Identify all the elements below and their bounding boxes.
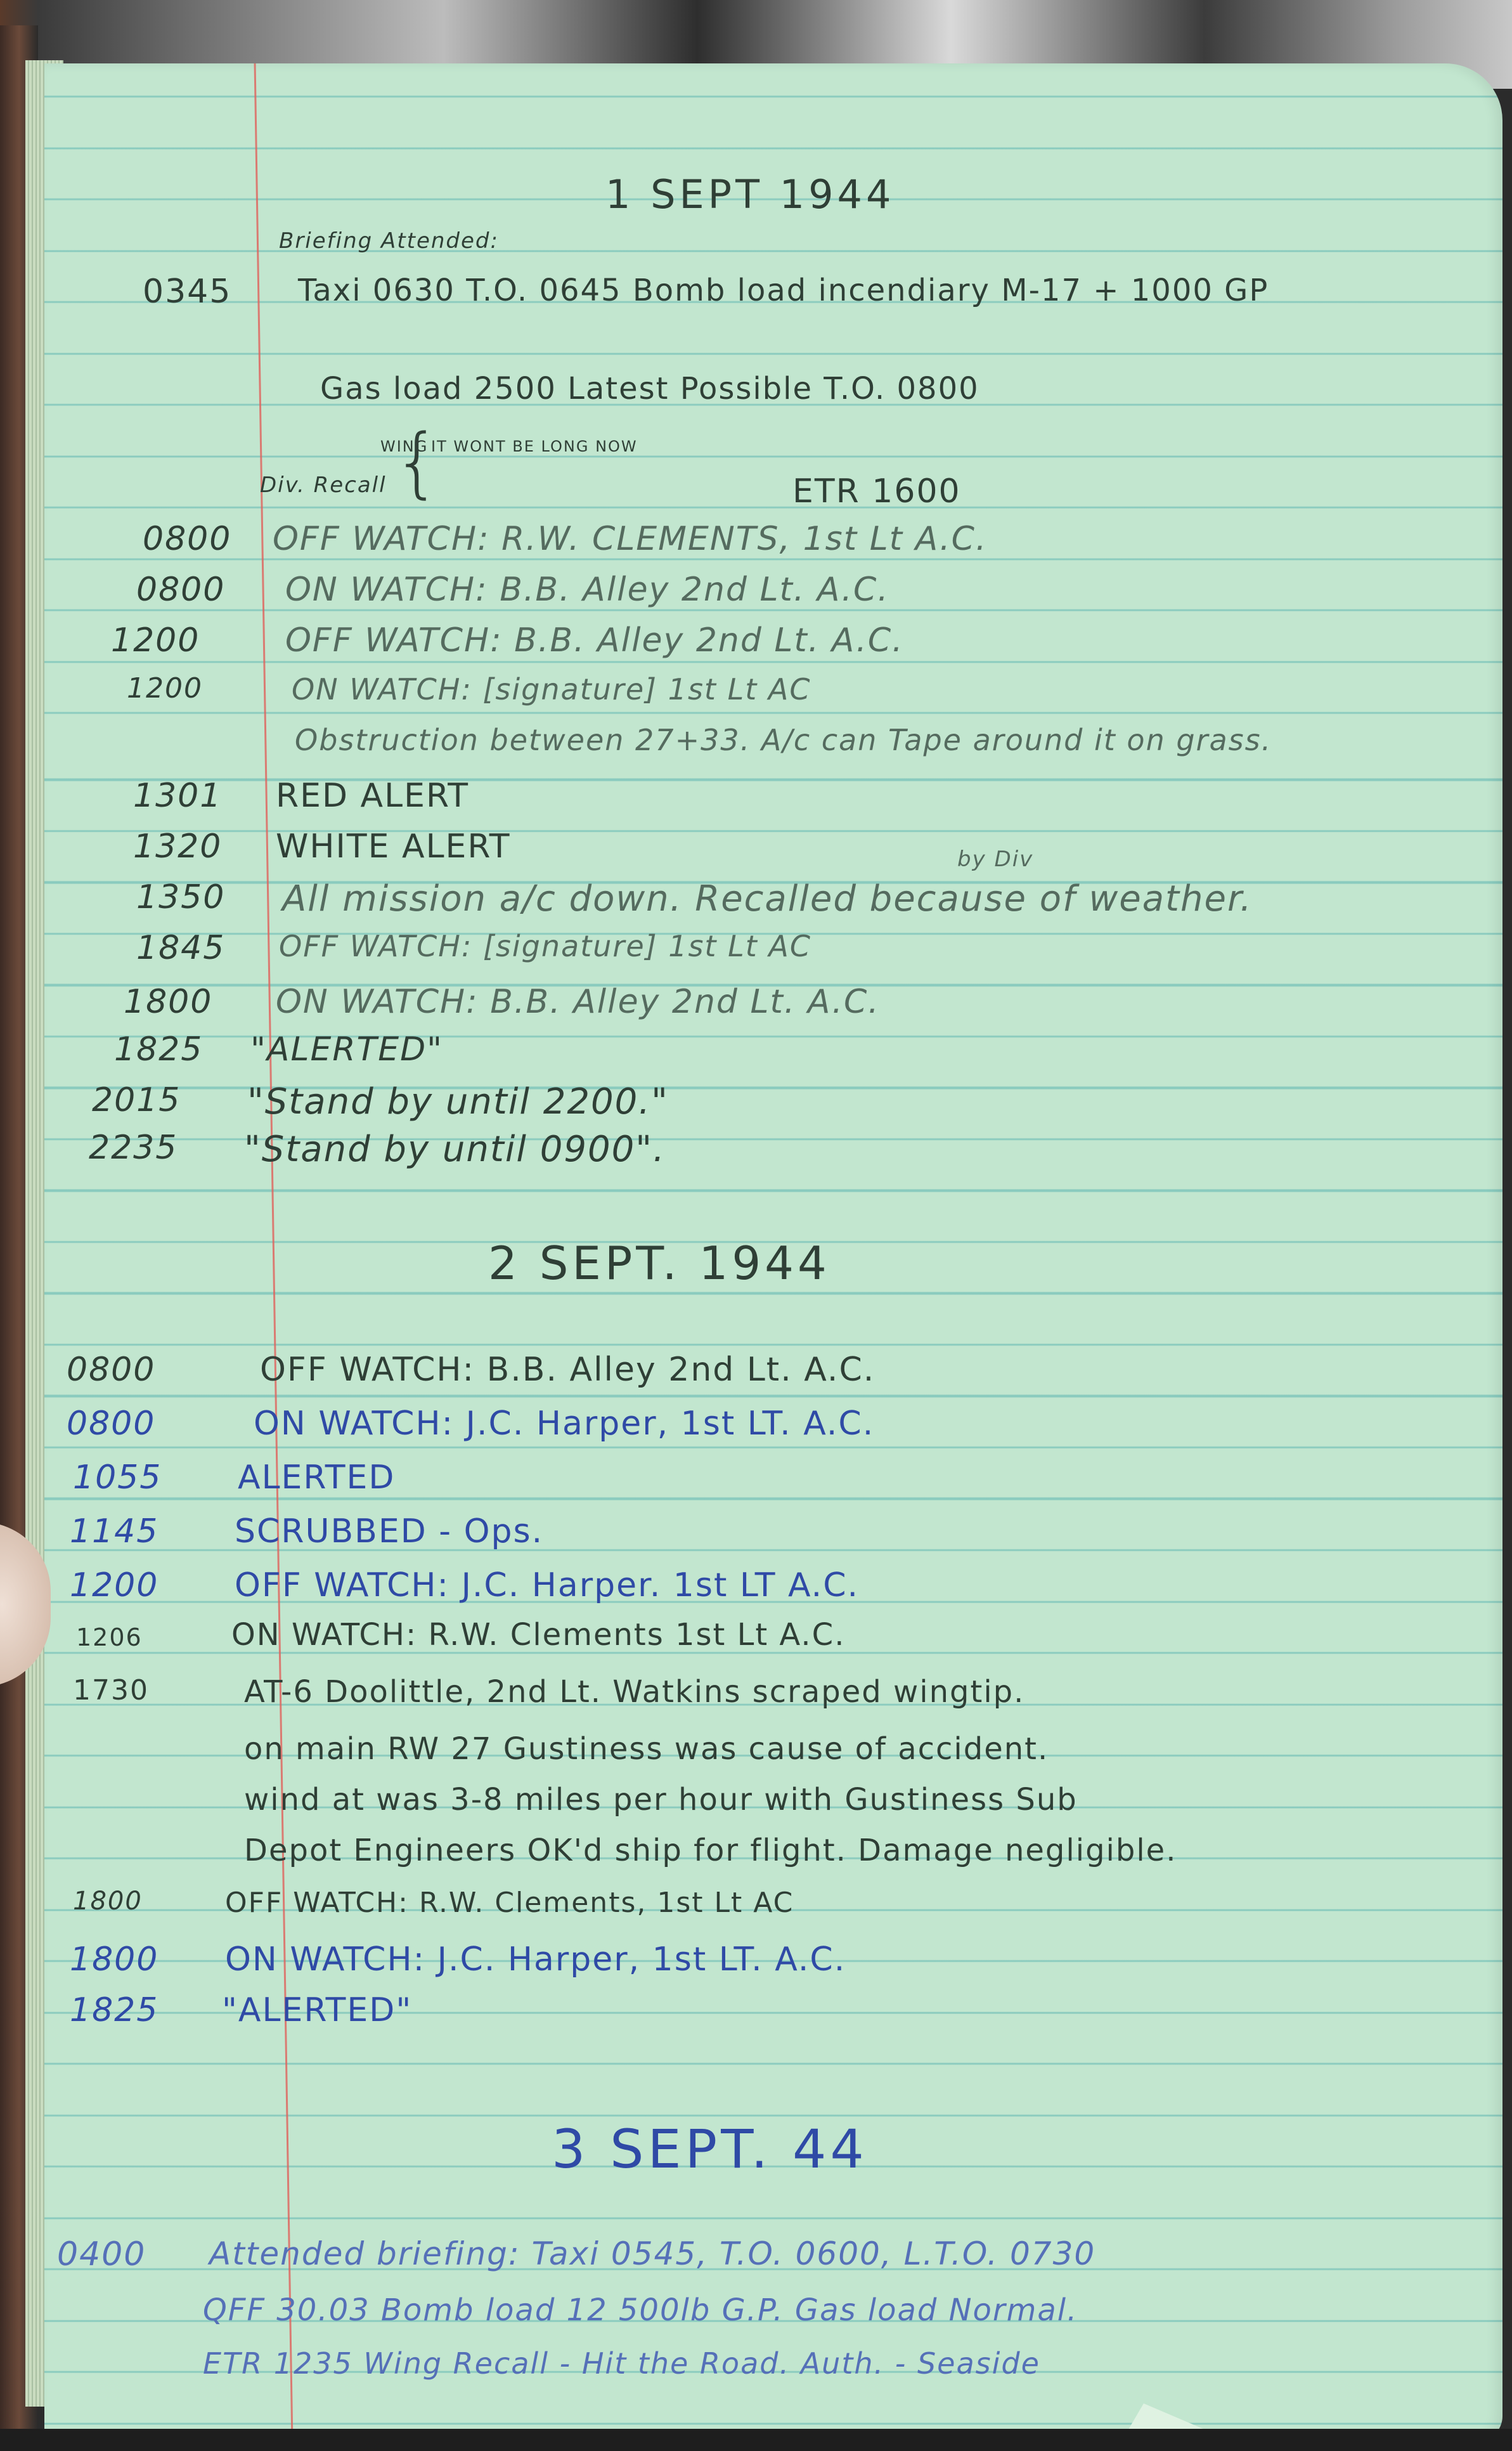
entry-time: 1825: [70, 1991, 158, 2029]
entry-time: 1200: [127, 672, 203, 705]
entry-time: 1800: [73, 1887, 143, 1916]
entry-text: Gas load 2500 Latest Possible T.O. 0800: [320, 371, 979, 406]
entry-text: OFF WATCH: R.W. Clements, 1st Lt AC: [225, 1887, 794, 1919]
entry-text: Depot Engineers OK'd ship for flight. Da…: [244, 1833, 1177, 1868]
entry-time: 1800: [124, 983, 212, 1021]
entry-time: 0345: [143, 273, 231, 311]
entry-time: 1206: [76, 1623, 143, 1651]
entry-text: OFF WATCH: [signature] 1st Lt AC: [279, 929, 811, 963]
entry-text: Attended briefing: Taxi 0545, T.O. 0600,…: [209, 2235, 1095, 2272]
background-bottom: [0, 2429, 1512, 2451]
entry-time: 1200: [70, 1566, 158, 1604]
entry-time: 1845: [136, 929, 225, 967]
entry-time: 0800: [143, 520, 231, 558]
entry-time: 0800: [67, 1351, 155, 1389]
entry-time: 1145: [70, 1512, 158, 1551]
entry-text: on main RW 27 Gustiness was cause of acc…: [244, 1731, 1049, 1767]
entry-text: QFF 30.03 Bomb load 12 500lb G.P. Gas lo…: [203, 2292, 1078, 2328]
entry-text: AT-6 Doolittle, 2nd Lt. Watkins scraped …: [244, 1674, 1024, 1710]
entry-time: 1200: [111, 621, 200, 660]
entry-text: wind at was 3-8 miles per hour with Gust…: [244, 1782, 1078, 1817]
entry-text: ETR 1235 Wing Recall - Hit the Road. Aut…: [203, 2346, 1040, 2381]
entry-annotation: by Div: [957, 847, 1033, 872]
section-date-2: 2 SEPT. 1944: [488, 1237, 830, 1290]
entry-time: 1301: [133, 777, 222, 815]
entry-text: ON WATCH: J.C. Harper, 1st LT. A.C.: [225, 1941, 846, 1979]
entry-time: 2235: [89, 1129, 178, 1167]
entry-text: "ALERTED": [222, 1991, 412, 2029]
entry-text: "Stand by until 0900".: [244, 1129, 666, 1170]
entry-text: OFF WATCH: R.W. CLEMENTS, 1st Lt A.C.: [273, 520, 987, 558]
entry-text: SCRUBBED - Ops.: [235, 1512, 543, 1551]
brace-symbol: {: [393, 419, 443, 507]
entry-time: 0800: [67, 1405, 155, 1443]
entry-time: 1730: [73, 1674, 149, 1707]
entry-text: ON WATCH: [signature] 1st Lt AC: [292, 672, 811, 706]
briefing-note: Briefing Attended:: [279, 228, 499, 254]
entry-text: WHITE ALERT: [276, 828, 511, 866]
entry-text: ON WATCH: J.C. Harper, 1st LT. A.C.: [254, 1405, 874, 1443]
entry-text: Obstruction between 27+33. A/c can Tape …: [295, 723, 1272, 757]
etr-note: ETR 1600: [792, 472, 961, 510]
entry-text: ON WATCH: B.B. Alley 2nd Lt. A.C.: [276, 983, 880, 1021]
entry-text: "Stand by until 2200.": [247, 1081, 669, 1122]
entry-time: 0400: [57, 2235, 146, 2273]
entry-text: OFF WATCH: B.B. Alley 2nd Lt. A.C.: [260, 1351, 875, 1389]
entry-text: "ALERTED": [250, 1030, 443, 1069]
div-recall-label: Div. Recall: [260, 472, 387, 498]
entry-time: 1350: [136, 878, 225, 916]
entry-text: ON WATCH: R.W. Clements 1st Lt A.C.: [231, 1617, 845, 1653]
entry-text: ON WATCH: B.B. Alley 2nd Lt. A.C.: [285, 571, 889, 609]
entry-text: All mission a/c down. Recalled because o…: [282, 878, 1253, 920]
entry-text: ALERTED: [238, 1459, 395, 1497]
entry-time: 1055: [73, 1459, 162, 1497]
wing-note: IT WONT BE LONG NOW: [431, 438, 638, 455]
section-date-3: 3 SEPT. 44: [552, 2118, 868, 2180]
entry-text: OFF WATCH: J.C. Harper. 1st LT A.C.: [235, 1566, 859, 1604]
section-date-1: 1 SEPT 1944: [605, 171, 895, 218]
entry-time: 1320: [133, 828, 222, 866]
entry-time: 2015: [92, 1081, 181, 1119]
entry-text: RED ALERT: [276, 777, 469, 815]
entry-time: 0800: [136, 571, 225, 609]
entry-text: Taxi 0630 T.O. 0645 Bomb load incendiary…: [298, 273, 1269, 308]
entry-text: OFF WATCH: B.B. Alley 2nd Lt. A.C.: [285, 621, 904, 660]
entry-time: 1800: [70, 1941, 158, 1979]
entry-time: 1825: [114, 1030, 203, 1069]
